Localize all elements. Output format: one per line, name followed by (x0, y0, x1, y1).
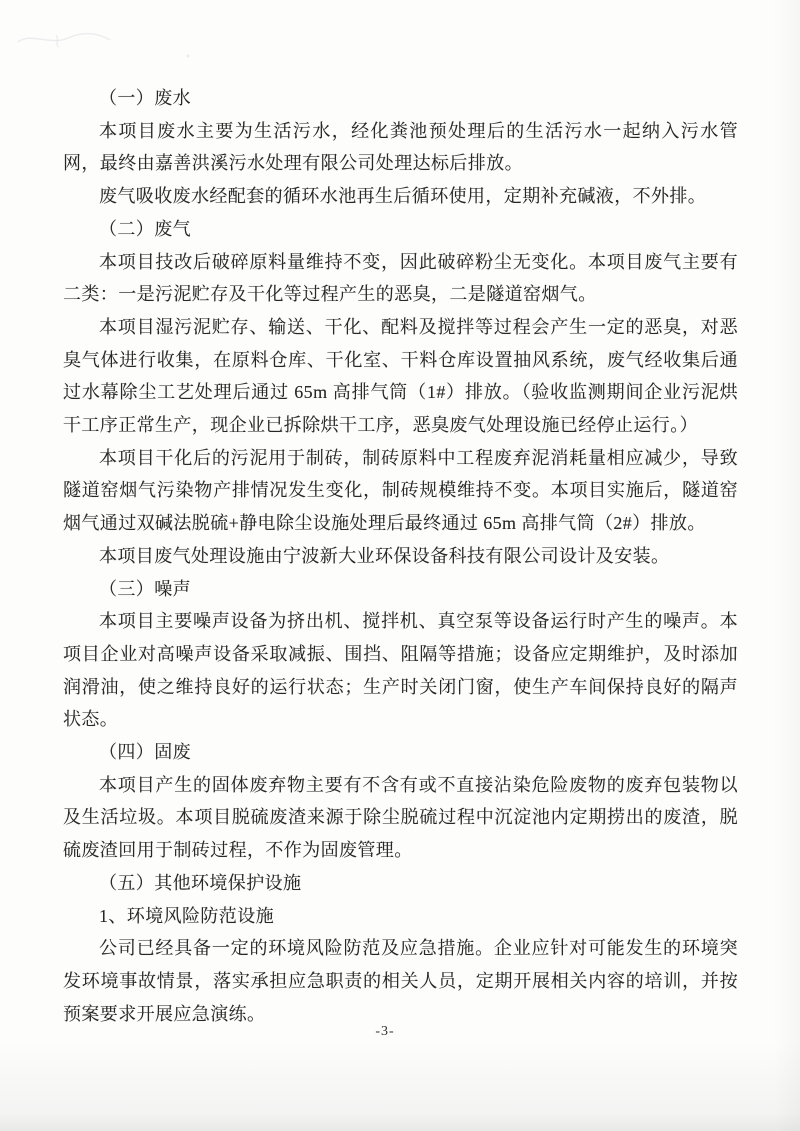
body-paragraph: 本项目技改后破碎原料量维持不变，因此破碎粉尘无变化。本项目废气主要有二类：一是污… (63, 246, 738, 311)
section-heading-wastewater: （一）废水 (63, 82, 738, 115)
section-heading-other-measures: （五）其他环境保护设施 (63, 867, 738, 900)
document-body: （一）废水 本项目废水主要为生活污水，经化粪池预处理后的生活污水一起纳入污水管网… (63, 82, 738, 1030)
body-paragraph: 本项目废水主要为生活污水，经化粪池预处理后的生活污水一起纳入污水管网，最终由嘉善… (63, 115, 738, 180)
document-page: （一）废水 本项目废水主要为生活污水，经化粪池预处理后的生活污水一起纳入污水管网… (0, 0, 800, 1131)
subsection-heading-risk-prevention: 1、环境风险防范设施 (63, 900, 738, 933)
section-heading-wastegas: （二）废气 (63, 213, 738, 246)
body-paragraph: 本项目干化后的污泥用于制砖，制砖原料中工程废弃泥消耗量相应减少，导致隧道窑烟气污… (63, 442, 738, 540)
page-number: -3- (0, 1024, 770, 1040)
body-paragraph: 本项目湿污泥贮存、输送、干化、配料及搅拌等过程会产生一定的恶臭，对恶臭气体进行收… (63, 311, 738, 442)
body-paragraph: 本项目主要噪声设备为挤出机、搅拌机、真空泵等设备运行时产生的噪声。本项目企业对高… (63, 605, 738, 736)
section-heading-noise: （三）噪声 (63, 573, 738, 606)
body-paragraph: 公司已经具备一定的环境风险防范及应急措施。企业应针对可能发生的环境突发环境事故情… (63, 932, 738, 1030)
section-heading-solidwaste: （四）固废 (63, 736, 738, 769)
body-paragraph: 本项目产生的固体废弃物主要有不含有或不直接沾染危险废物的废弃包装物以及生活垃圾。… (63, 769, 738, 867)
body-paragraph: 废气吸收废水经配套的循环水池再生后循环使用，定期补充碱液，不外排。 (63, 180, 738, 213)
body-paragraph: 本项目废气处理设施由宁波新大业环保设备科技有限公司设计及安装。 (63, 540, 738, 573)
pen-smudge-mark (10, 20, 210, 70)
